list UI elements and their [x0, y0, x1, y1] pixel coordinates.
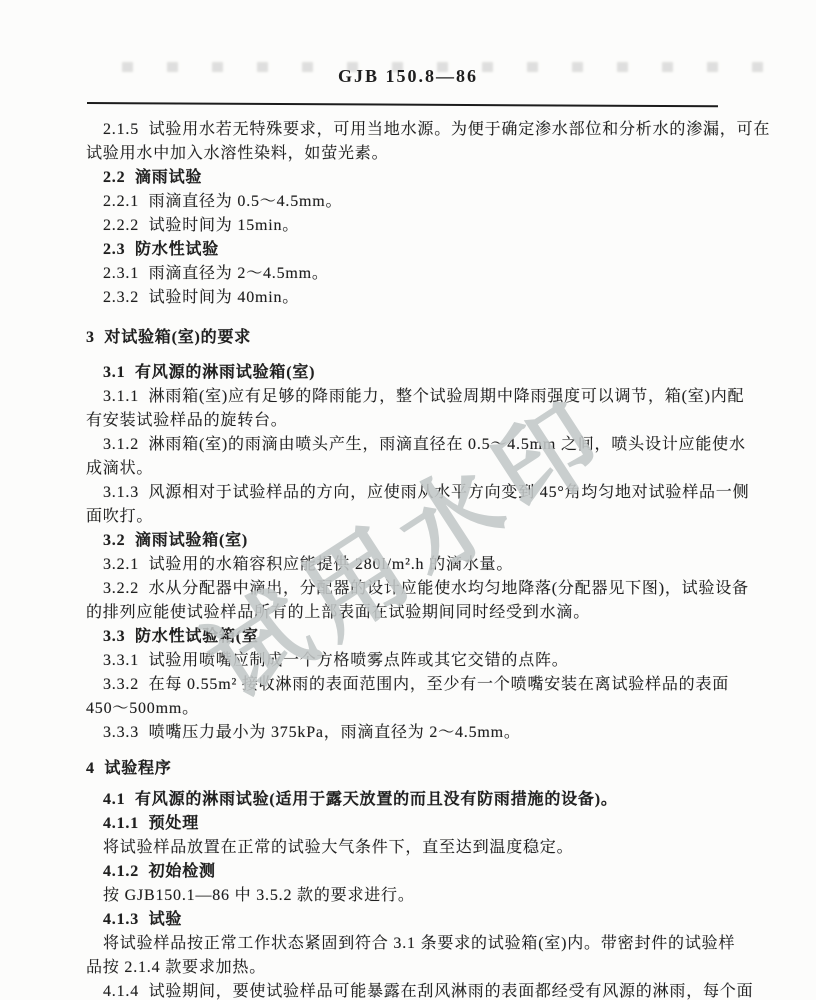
header-rule	[87, 102, 718, 108]
text-line: 3.3 防水性试验箱(室	[86, 625, 746, 649]
text-line: 2.2.1 雨滴直径为 0.5～4.5mm。	[86, 190, 746, 214]
document-page: GJB 150.8—86 2.1.5 试验用水若无特殊要求，可用当地水源。为便于…	[0, 0, 816, 1000]
text-line: 3.2.2 水从分配器中滴出，分配器的设计应能使水均匀地降落(分配器见下图)，试…	[86, 577, 746, 601]
text-line: 有安装试验样品的旋转台。	[86, 409, 746, 433]
text-line: 面吹打。	[86, 505, 746, 529]
text-line: 试验用水中加入水溶性染料，如萤光素。	[86, 142, 746, 166]
text-line: 4.1.3 试验	[86, 908, 746, 932]
document-body: 2.1.5 试验用水若无特殊要求，可用当地水源。为便于确定渗水部位和分析水的渗漏…	[86, 118, 746, 1000]
text-line: 2.3.1 雨滴直径为 2～4.5mm。	[86, 262, 746, 286]
text-line: 将试验样品按正常工作状态紧固到符合 3.1 条要求的试验箱(室)内。带密封件的试…	[86, 932, 746, 956]
text-line: 2.2 滴雨试验	[86, 166, 746, 190]
text-line: 2.1.5 试验用水若无特殊要求，可用当地水源。为便于确定渗水部位和分析水的渗漏…	[86, 118, 746, 142]
text-line: 3.2 滴雨试验箱(室)	[86, 529, 746, 553]
text-line: 3.3.3 喷嘴压力最小为 375kPa，雨滴直径为 2～4.5mm。	[86, 721, 746, 745]
text-line: 4.1.1 预处理	[86, 812, 746, 836]
text-line: 的排列应能使试验样品所有的上部表面在试验期间同时经受到水滴。	[86, 601, 746, 625]
text-line: 2.3.2 试验时间为 40min。	[86, 286, 746, 310]
text-line: 3.1.2 淋雨箱(室)的雨滴由喷头产生，雨滴直径在 0.5～4.5mm 之间，…	[86, 433, 746, 457]
text-line: 3.3.2 在每 0.55m² 接收淋雨的表面范围内，至少有一个喷嘴安装在离试验…	[86, 673, 746, 697]
text-line: 4.1.4 试验期间，要使试验样品可能暴露在刮风淋雨的表面都经受有风源的淋雨，每…	[86, 980, 746, 1000]
text-line: 3.2.1 试验用的水箱容积应能提供 280l/m².h 的滴水量。	[86, 553, 746, 577]
text-line: 450～500mm。	[86, 697, 746, 721]
text-line: 3.1 有风源的淋雨试验箱(室)	[86, 361, 746, 385]
text-line: 2.2.2 试验时间为 15min。	[86, 214, 746, 238]
text-line: 3.3.1 试验用喷嘴应制成一个方格喷雾点阵或其它交错的点阵。	[86, 649, 746, 673]
text-line: 3.1.1 淋雨箱(室)应有足够的降雨能力，整个试验周期中降雨强度可以调节，箱(…	[86, 385, 746, 409]
text-line: 品按 2.1.4 款要求加热。	[86, 956, 746, 980]
text-line: 4.1.2 初始检测	[86, 860, 746, 884]
text-line: 3 对试验箱(室)的要求	[86, 326, 746, 350]
text-line: 4.1 有风源的淋雨试验(适用于露天放置的而且没有防雨措施的设备)。	[86, 788, 746, 812]
standard-number-header: GJB 150.8—86	[0, 66, 816, 87]
text-line: 4 试验程序	[86, 757, 746, 781]
text-line: 成滴状。	[86, 457, 746, 481]
text-line: 将试验样品放置在正常的试验大气条件下，直至达到温度稳定。	[86, 836, 746, 860]
text-line: 2.3 防水性试验	[86, 238, 746, 262]
text-line: 按 GJB150.1—86 中 3.5.2 款的要求进行。	[86, 884, 746, 908]
text-line: 3.1.3 风源相对于试验样品的方向，应使雨从水平方向变到 45°角均匀地对试验…	[86, 481, 746, 505]
